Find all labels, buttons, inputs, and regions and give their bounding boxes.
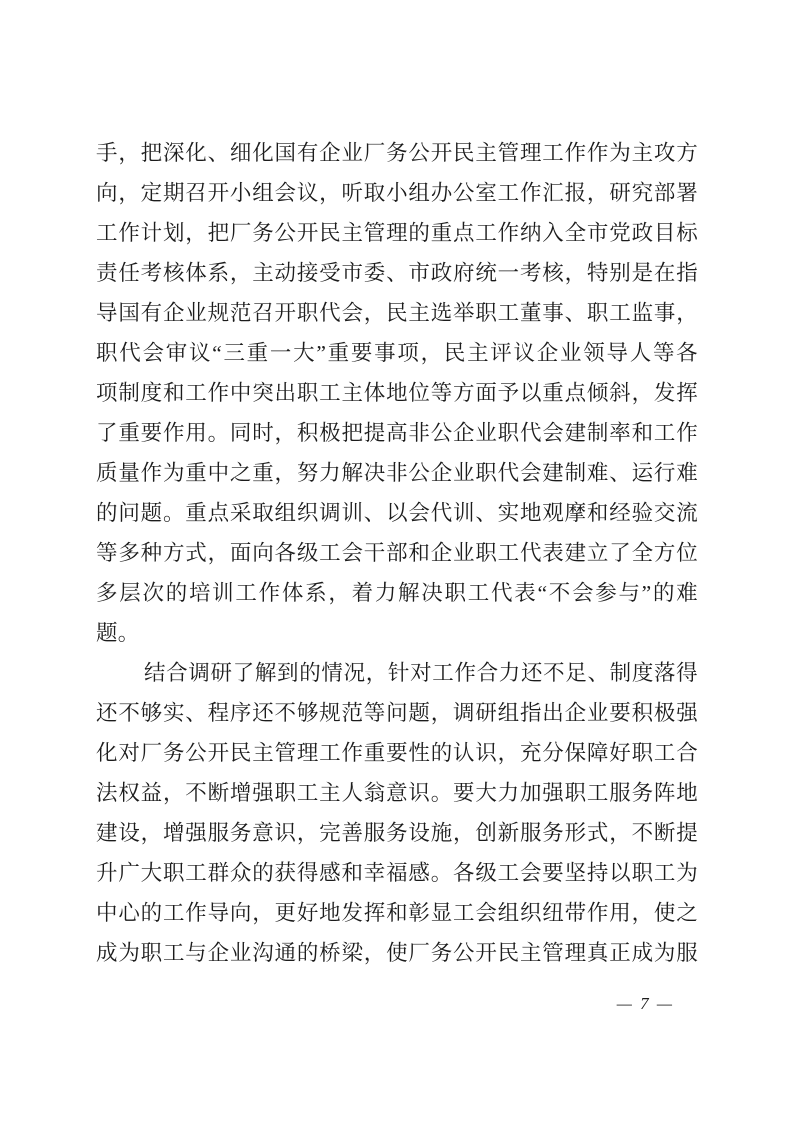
text-line: 的问题。重点采取组织调训、以会代训、实地观摩和经验交流 — [96, 493, 698, 533]
text-line: 手，把深化、细化国有企业厂务公开民主管理工作作为主攻方 — [96, 133, 698, 173]
text-line: 质量作为重中之重，努力解决非公企业职代会建制难、运行难 — [96, 453, 698, 493]
text-line: 还不够实、程序还不够规范等问题，调研组指出企业要积极强 — [96, 693, 698, 733]
text-line: 升广大职工群众的获得感和幸福感。各级工会要坚持以职工为 — [96, 853, 698, 893]
text-line: 责任考核体系，主动接受市委、市政府统一考核，特别是在指 — [96, 253, 698, 293]
text-line: 中心的工作导向，更好地发挥和彰显工会组织纽带作用，使之 — [96, 893, 698, 933]
text-line: 建设，增强服务意识，完善服务设施，创新服务形式，不断提 — [96, 813, 698, 853]
text-line: 工作计划，把厂务公开民主管理的重点工作纳入全市党政目标 — [96, 213, 698, 253]
text-line: 项制度和工作中突出职工主体地位等方面予以重点倾斜，发挥 — [96, 373, 698, 413]
paragraph: 结合调研了解到的情况，针对工作合力还不足、制度落得还不够实、程序还不够规范等问题… — [96, 653, 698, 973]
document-page: 手，把深化、细化国有企业厂务公开民主管理工作作为主攻方向，定期召开小组会议，听取… — [0, 0, 794, 1123]
text-line: 法权益，不断增强职工主人翁意识。要大力加强职工服务阵地 — [96, 773, 698, 813]
text-line: 题。 — [96, 613, 698, 653]
body-text: 手，把深化、细化国有企业厂务公开民主管理工作作为主攻方向，定期召开小组会议，听取… — [96, 133, 698, 973]
text-line: 职代会审议“三重一大”重要事项，民主评议企业领导人等各 — [96, 333, 698, 373]
text-line: 导国有企业规范召开职代会，民主选举职工董事、职工监事， — [96, 293, 698, 333]
text-line: 多层次的培训工作体系，着力解决职工代表“不会参与”的难 — [96, 573, 698, 613]
text-line: 结合调研了解到的情况，针对工作合力还不足、制度落得 — [96, 653, 698, 693]
text-line: 等多种方式，面向各级工会干部和企业职工代表建立了全方位 — [96, 533, 698, 573]
text-line: 向，定期召开小组会议，听取小组办公室工作汇报，研究部署 — [96, 173, 698, 213]
page-number: — 7 — — [617, 994, 674, 1014]
text-line: 成为职工与企业沟通的桥梁，使厂务公开民主管理真正成为服 — [96, 933, 698, 973]
paragraph: 手，把深化、细化国有企业厂务公开民主管理工作作为主攻方向，定期召开小组会议，听取… — [96, 133, 698, 653]
text-line: 化对厂务公开民主管理工作重要性的认识，充分保障好职工合 — [96, 733, 698, 773]
text-line: 了重要作用。同时，积极把提高非公企业职代会建制率和工作 — [96, 413, 698, 453]
